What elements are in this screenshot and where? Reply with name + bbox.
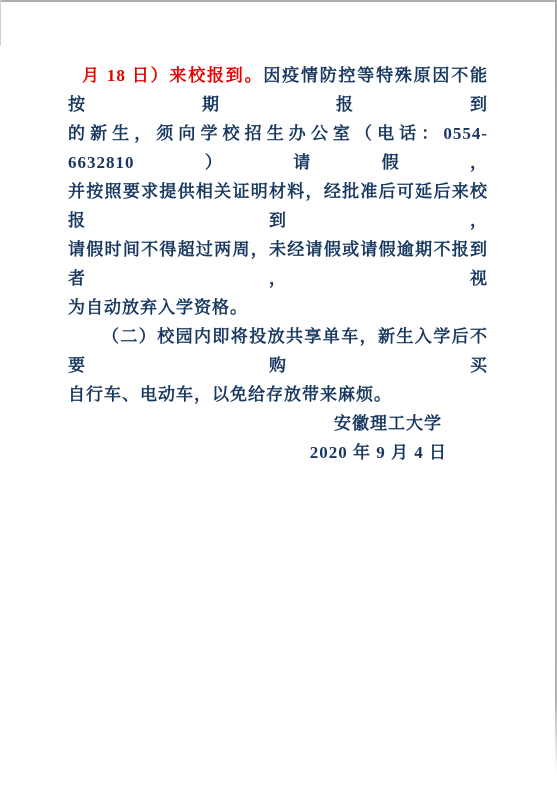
notice-paragraph1-line2: 的新生，须向学校招生办公室（电话：0554-6632810）请假， xyxy=(68,119,488,177)
notice-paragraph1-line1: 月 18 日）来校报到。因疫情防控等特殊原因不能按期报到 xyxy=(68,61,488,119)
notice-paragraph1-line4: 请假时间不得超过两周，未经请假或请假逾期不报到者，视 xyxy=(68,235,488,293)
notice-paragraph1-line5: 为自动放弃入学资格。 xyxy=(68,293,488,322)
page-edge-top-line xyxy=(0,0,557,2)
signature-date: 2020 年 9 月 4 日 xyxy=(68,438,488,467)
document-page: 月 18 日）来校报到。因疫情防控等特殊原因不能按期报到 的新生，须向学校招生办… xyxy=(0,0,557,787)
page-edge-left-line xyxy=(0,0,1,46)
highlighted-red-text: 月 18 日）来校报到。 xyxy=(82,66,263,85)
notice-paragraph1-line3: 并按照要求提供相关证明材料，经批准后可延后来校报到， xyxy=(68,177,488,235)
notice-paragraph2-line1: （二）校园内即将投放共享单车，新生入学后不要购买 xyxy=(68,322,488,380)
signature-university-name: 安徽理工大学 xyxy=(68,409,488,438)
notice-body: 月 18 日）来校报到。因疫情防控等特殊原因不能按期报到 的新生，须向学校招生办… xyxy=(68,61,488,467)
notice-paragraph2-line2: 自行车、电动车，以免给存放带来麻烦。 xyxy=(68,380,488,409)
